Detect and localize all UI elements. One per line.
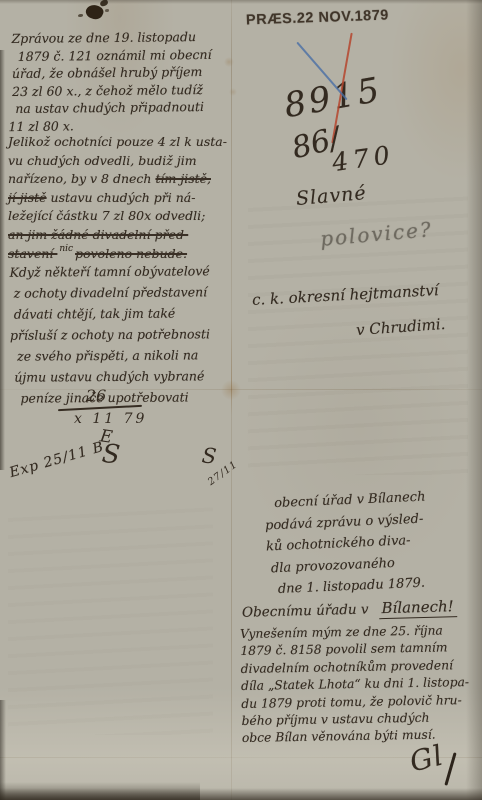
scan-edge-bottom xyxy=(0,782,200,800)
scan-edge-left xyxy=(0,700,6,800)
text-line: dávati chtějí, tak jim také xyxy=(10,302,210,324)
calc-top-number: 26 xyxy=(58,386,168,405)
salutation: Slavné xyxy=(295,182,367,210)
inserted-word: nic xyxy=(59,244,73,254)
struck-text: stavení xyxy=(8,246,57,261)
ink-blot xyxy=(99,0,108,7)
text-line: na ustav chudých připadnouti xyxy=(8,98,212,118)
scanned-document-page: Zprávou ze dne 19. listopadu 1879 č. 121… xyxy=(0,0,482,800)
addressee-place-line: v Chrudimi. xyxy=(355,315,445,339)
text-segment: ustavu chudých při ná- xyxy=(47,190,196,205)
struck-text: tím jistě, xyxy=(155,171,211,186)
presidium-date-stamp: PRÆS.22 NOV.1879 xyxy=(246,8,389,29)
addressee-office-line: c. k. okresní hejtmanství xyxy=(252,281,439,309)
ink-blot xyxy=(105,9,109,12)
text-line: z ochoty divadelní představení xyxy=(10,281,210,303)
text-line: újmu ustavu chudých vybrané xyxy=(10,365,210,387)
text-line: ležející částku 7 zl 80x odvedli; xyxy=(8,207,227,226)
scan-edge-left xyxy=(0,50,5,470)
registry-number-crossed: 8915 xyxy=(281,70,385,127)
paraph-mark: S xyxy=(201,443,218,468)
text-line: vu chudých odvedli, budiž jim xyxy=(8,152,227,171)
registry-summary-paragraph: obecní úřad v Bílanech podává zprávu o v… xyxy=(264,487,430,602)
text-line: Jelikož ochotníci pouze 4 zl k usta- xyxy=(8,133,227,152)
scan-edge-top xyxy=(0,0,482,4)
struck-text-line: an jim žádné divadelní před- xyxy=(8,226,227,245)
pencil-annotation: polovice? xyxy=(319,217,433,251)
text-segment: nařízeno, by v 8 dnech xyxy=(8,171,155,186)
struck-text: povoleno nebude. xyxy=(75,246,187,261)
struck-text: jí jistě xyxy=(8,190,47,205)
text-line: 23 zl 60 x., z čehož mělo tudíž xyxy=(8,81,212,101)
addressee-name-underlined: Bílanech! xyxy=(378,597,457,619)
text-line: přísluší z ochoty na potřebnosti xyxy=(10,323,210,345)
text-line: úřad, že obnášel hrubý příjem xyxy=(8,63,212,83)
official-signature: Gl xyxy=(407,738,447,778)
text-line-partially-struck: jí jistě ustavu chudých při ná- xyxy=(8,189,227,208)
text-line: Když někteří tamní obývatelové xyxy=(9,260,209,282)
paragraph-income-report: Zprávou ze dne 19. listopadu 1879 č. 121… xyxy=(7,28,212,136)
text-line: Zprávou ze dne 19. listopadu xyxy=(7,28,211,48)
addressee-prefix: Obecnímu úřadu v xyxy=(242,602,369,621)
text-line-partially-struck: nařízeno, by v 8 dnech tím jistě, xyxy=(8,170,227,189)
decree-paragraph: Vynešením mým ze dne 25. října 1879 č. 8… xyxy=(240,622,470,748)
text-line: ze svého přispěti, a nikoli na xyxy=(10,344,210,366)
scan-edge-bottom xyxy=(0,788,482,800)
ink-blot xyxy=(78,14,83,17)
vertical-fold-line xyxy=(231,0,232,800)
text-line: 1879 č. 121 oznámil mi obecní xyxy=(8,46,212,66)
paragraph-order-with-corrections: Jelikož ochotníci pouze 4 zl k usta- vu … xyxy=(8,133,227,265)
ink-showthrough xyxy=(8,505,213,735)
